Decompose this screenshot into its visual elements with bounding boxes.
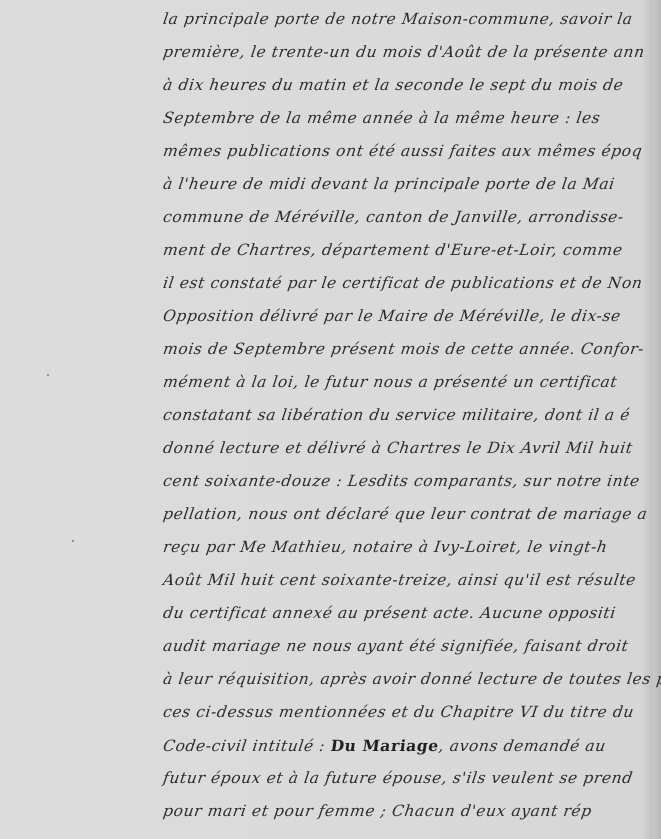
text-line-1: la principale porte de notre Maison-comm… [162, 12, 634, 28]
text-line-13: constatant sa libération du service mili… [162, 408, 631, 424]
text-line-16: pellation, nous ont déclaré que leur con… [162, 507, 648, 523]
text-line-7: commune de Méréville, canton de Janville… [162, 210, 625, 226]
text-line-11: mois de Septembre présent mois de cette … [162, 342, 645, 358]
handwritten-text-block: la principale porte de notre Maison-comm… [0, 0, 661, 839]
text-line-17: reçu par Me Mathieu, notaire à Ivy-Loire… [162, 540, 609, 556]
text-line-23-start: Code-civil intitulé : [162, 737, 332, 755]
text-line-22: ces ci-dessus mentionnées et du Chapitre… [162, 705, 635, 721]
text-line-6: à l'heure de midi devant la principale p… [162, 177, 616, 193]
text-line-25: pour mari et pour femme ; Chacun d'eux a… [162, 804, 593, 820]
text-line-12: mément à la loi, le futur nous a présent… [162, 375, 618, 391]
text-line-21: à leur réquisition, après avoir donné le… [162, 672, 661, 688]
text-line-5: mêmes publications ont été aussi faites … [162, 144, 643, 160]
text-line-24: futur époux et à la future épouse, s'ils… [162, 771, 634, 787]
text-line-4: Septembre de la même année à la même heu… [162, 111, 601, 127]
text-line-14: donné lecture et délivré à Chartres le D… [162, 441, 634, 457]
text-line-23: Code-civil intitulé : Du Mariage, avons … [162, 738, 607, 755]
text-line-8: ment de Chartres, département d'Eure-et-… [162, 243, 624, 259]
text-line-20: audit mariage ne nous ayant été signifié… [162, 639, 630, 655]
text-line-18: Août Mil huit cent soixante-treize, ains… [162, 573, 637, 589]
text-line-3: à dix heures du matin et la seconde le s… [162, 78, 624, 94]
text-line-19: du certificat annexé au présent acte. Au… [162, 606, 617, 622]
text-line-9: il est constaté par le certificat de pub… [162, 276, 644, 292]
text-line-15: cent soixante-douze : Lesdits comparants… [162, 474, 641, 490]
text-line-2: première, le trente-un du mois d'Août de… [162, 45, 646, 61]
text-line-23-end: , avons demandé au [438, 737, 608, 755]
chapter-title-du-mariage: Du Mariage [329, 736, 440, 755]
text-line-10: Opposition délivré par le Maire de Mérév… [162, 309, 622, 325]
register-page: la principale porte de notre Maison-comm… [0, 0, 661, 839]
